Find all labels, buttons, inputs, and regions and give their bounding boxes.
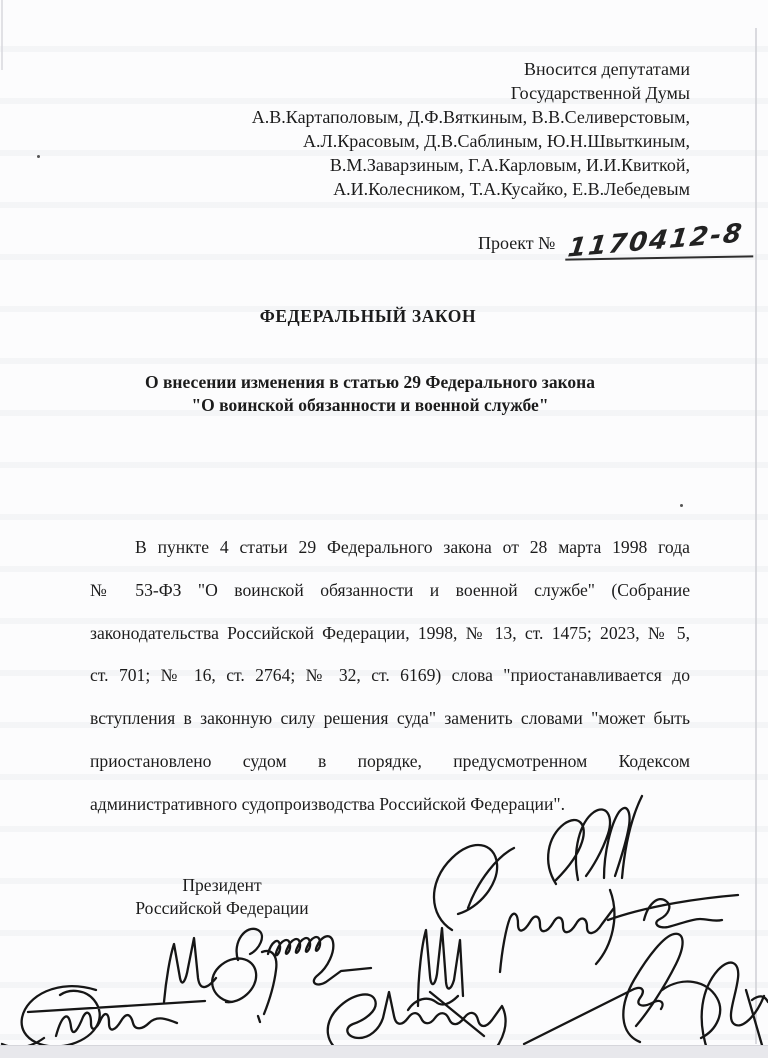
scanned-law-draft-page: Вносится депутатами Государственной Думы… [0,0,768,1058]
law-subject-title: О внесении изменения в статью 29 Федерал… [0,371,740,417]
intro-line: А.Л.Красовым, Д.В.Саблиным, Ю.Н.Швыткины… [252,129,690,153]
body-line: законодательства Российской Федерации, 1… [90,612,690,655]
president-signature-block: Президент Российской Федерации [123,874,321,920]
project-number-underline: 1170412-8 [565,224,753,260]
body-line: ст. 701; № 16, ст. 2764; № 32, ст. 6169)… [90,654,690,697]
body-line: вступления в законную силу решения суда"… [90,697,690,740]
signer-line: Российской Федерации [123,897,321,920]
intro-line: А.В.Картаполовым, Д.Ф.Вяткиным, В.В.Сели… [252,105,690,129]
body-line: административного судопроизводства Росси… [90,783,690,826]
intro-line: Государственной Думы [252,81,690,105]
law-body-paragraph: В пункте 4 статьи 29 Федерального закона… [90,526,690,826]
federal-law-title: ФЕДЕРАЛЬНЫЙ ЗАКОН [0,306,736,327]
intro-line: В.М.Заварзиным, Г.А.Карловым, И.И.Квитко… [252,153,690,177]
law-subject-line: "О воинской обязанности и военной службе… [0,394,740,417]
scan-bottom-strip [0,1045,768,1058]
body-line: В пункте 4 статьи 29 Федерального закона… [90,526,690,569]
signer-line: Президент [123,874,321,897]
law-subject-line: О внесении изменения в статью 29 Федерал… [0,371,740,394]
project-number-line: Проект №1170412-8 [478,226,753,259]
project-label: Проект № [478,233,555,253]
intro-line: Вносится депутатами [252,57,690,81]
body-line: приостановлено судом в порядке, предусмо… [90,740,690,783]
body-line: № 53-ФЗ "О воинской обязанности и военно… [90,569,690,612]
intro-line: А.И.Колесником, Т.А.Кусайко, Е.В.Лебедев… [252,177,690,201]
project-number-handwritten: 1170412-8 [566,218,745,263]
submitted-by-block: Вносится депутатами Государственной Думы… [252,57,690,201]
